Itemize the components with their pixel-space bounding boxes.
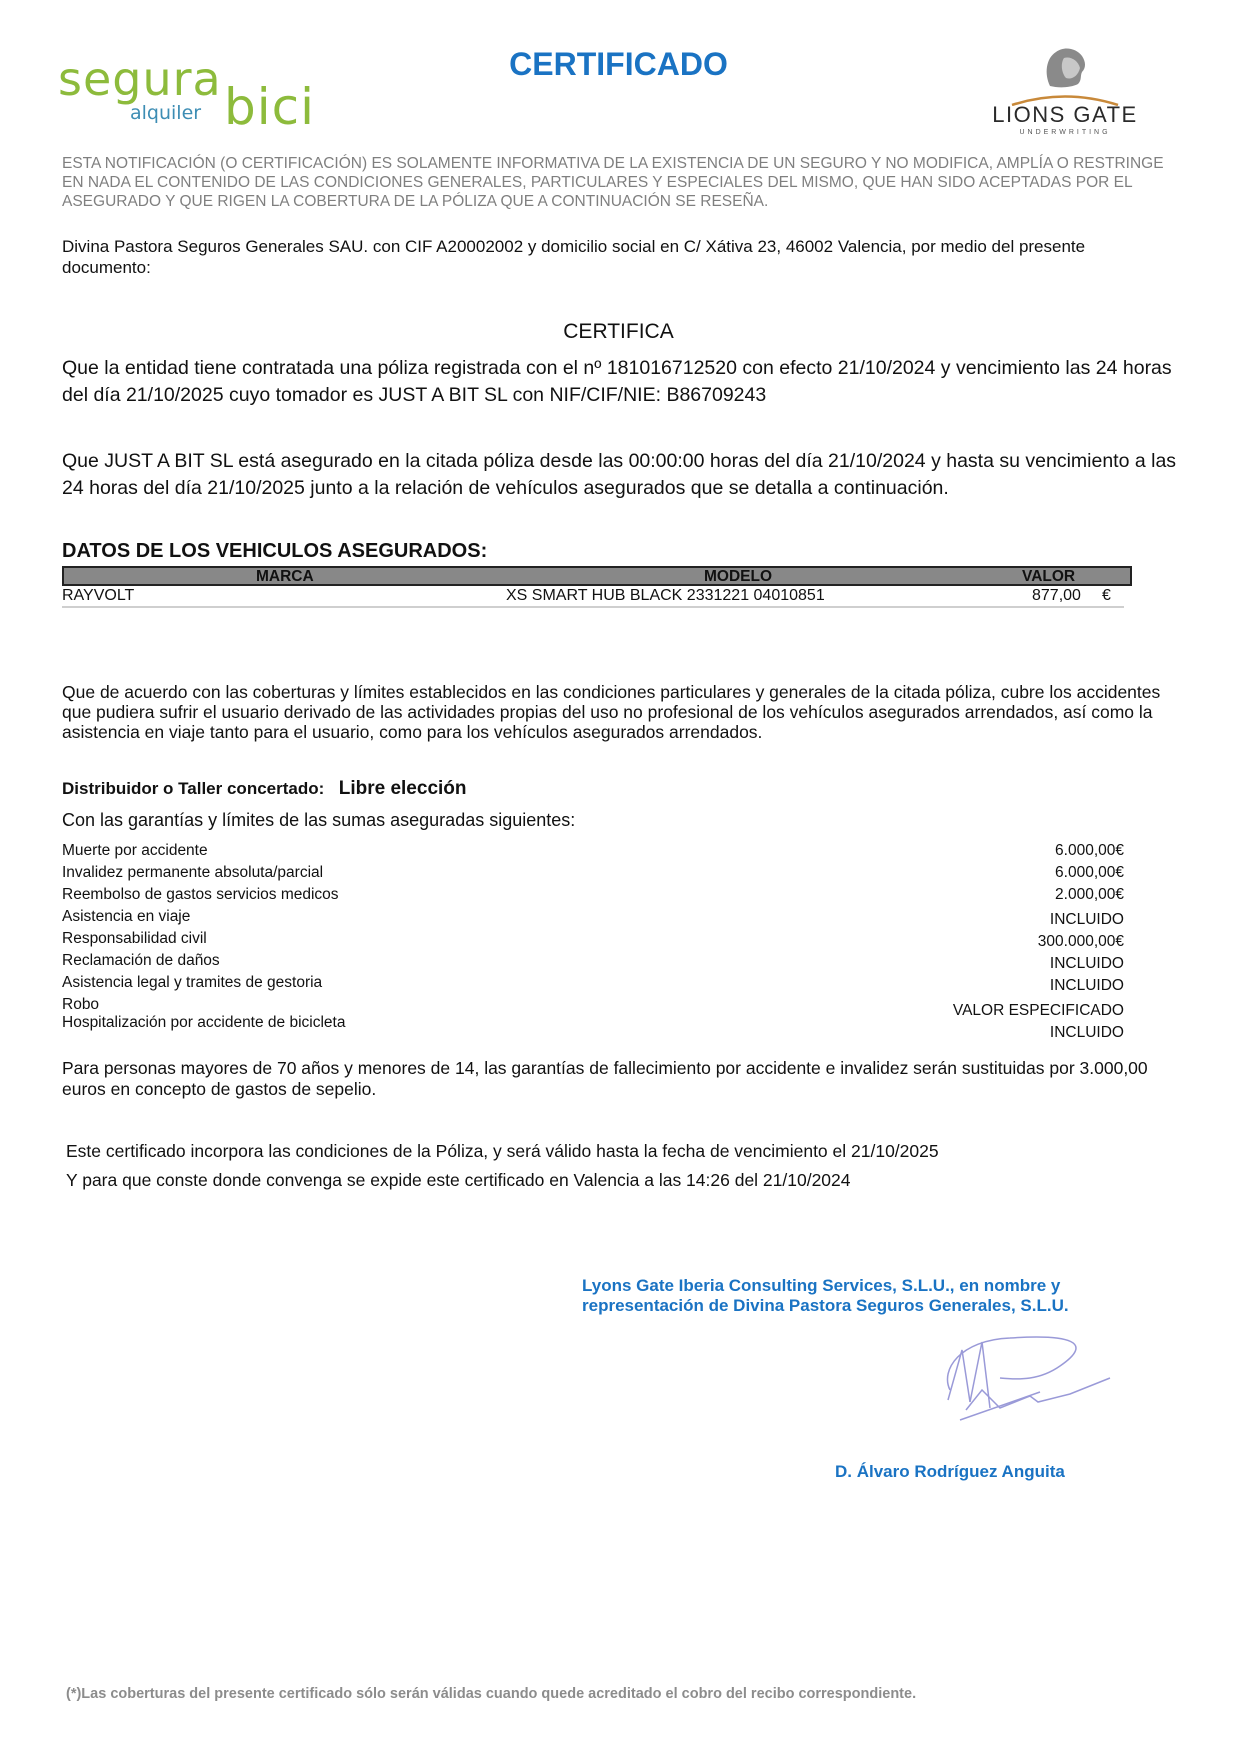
cell-marca: RAYVOLT xyxy=(62,587,134,605)
coverages-list: Muerte por accidente6.000,00€ Invalidez … xyxy=(62,842,1124,1040)
policy-paragraph: Que la entidad tiene contratada una póli… xyxy=(62,355,1182,409)
issued-text: Y para que conste donde convenga se expi… xyxy=(66,1170,851,1191)
list-item: Invalidez permanente absoluta/parcial6.0… xyxy=(62,864,1124,886)
coverage-name: Asistencia legal y tramites de gestoria xyxy=(62,974,322,992)
distributor-label: Distribuidor o Taller concertado: xyxy=(62,779,324,798)
distributor-line: Distribuidor o Taller concertado: Libre … xyxy=(62,778,467,800)
logo-word-alquiler: alquiler xyxy=(130,102,201,124)
lions-gate-logo: LIONS GATE UNDERWRITING xyxy=(970,40,1160,140)
list-item: Asistencia legal y tramites de gestoriaI… xyxy=(62,974,1124,996)
coverage-name: Invalidez permanente absoluta/parcial xyxy=(62,864,323,882)
age-note-paragraph: Para personas mayores de 70 años y menor… xyxy=(62,1058,1182,1100)
vehicles-table: MARCA MODELO VALOR RAYVOLT XS SMART HUB … xyxy=(62,566,1132,608)
coverage-name: Hospitalización por accidente de bicicle… xyxy=(62,1014,345,1032)
coverage-value: INCLUIDO xyxy=(1050,977,1124,995)
list-item: Reclamación de dañosINCLUIDO xyxy=(62,952,1124,974)
cell-currency: € xyxy=(1102,587,1111,605)
signer-name: D. Álvaro Rodríguez Anguita xyxy=(835,1462,1065,1482)
vehicles-table-header: MARCA MODELO VALOR xyxy=(62,566,1132,586)
coverage-name: Reclamación de daños xyxy=(62,952,220,970)
lions-gate-subtitle: UNDERWRITING xyxy=(970,129,1160,136)
column-header-marca: MARCA xyxy=(256,568,314,585)
lion-head-icon xyxy=(1042,46,1088,88)
coverage-value: INCLUIDO xyxy=(1050,955,1124,973)
signing-company: Lyons Gate Iberia Consulting Services, S… xyxy=(582,1276,1142,1316)
coverage-name: Reembolso de gastos servicios medicos xyxy=(62,886,339,904)
list-item: Responsabilidad civil300.000,00€ xyxy=(62,930,1124,952)
list-item: Reembolso de gastos servicios medicos2.0… xyxy=(62,886,1124,908)
certifica-heading: CERTIFICA xyxy=(0,320,1237,344)
cell-valor: 877,00 xyxy=(1032,587,1081,605)
coverage-name: Robo xyxy=(62,996,99,1014)
list-item: Asistencia en viajeINCLUIDO xyxy=(62,908,1124,930)
intro-text: Divina Pastora Seguros Generales SAU. co… xyxy=(62,236,1172,278)
handwritten-signature-icon xyxy=(920,1330,1120,1430)
coverage-value: 300.000,00€ xyxy=(1038,933,1124,951)
vehicles-heading: DATOS DE LOS VEHICULOS ASEGURADOS: xyxy=(62,540,487,563)
column-header-modelo: MODELO xyxy=(704,568,772,585)
disclaimer-text: ESTA NOTIFICACIÓN (O CERTIFICACIÓN) ES S… xyxy=(62,154,1172,211)
coverage-name: Asistencia en viaje xyxy=(62,908,190,926)
cell-modelo: XS SMART HUB BLACK 2331221 04010851 xyxy=(506,587,825,605)
coverage-value: 2.000,00€ xyxy=(1055,886,1124,904)
coverage-name: Muerte por accidente xyxy=(62,842,208,860)
validity-text: Este certificado incorpora las condicion… xyxy=(66,1141,939,1162)
coverage-paragraph: Que de acuerdo con las coberturas y lími… xyxy=(62,682,1182,742)
table-row: RAYVOLT XS SMART HUB BLACK 2331221 04010… xyxy=(62,586,1124,608)
coverage-value: INCLUIDO xyxy=(1050,1024,1124,1042)
insured-paragraph: Que JUST A BIT SL está asegurado en la c… xyxy=(62,448,1182,502)
coverage-value: INCLUIDO xyxy=(1050,911,1124,929)
coverage-value: 6.000,00€ xyxy=(1055,842,1124,860)
logo-word-bici: bici xyxy=(224,78,315,136)
coverage-value: 6.000,00€ xyxy=(1055,864,1124,882)
distributor-value: Libre elección xyxy=(339,778,467,799)
list-item: Hospitalización por accidente de bicicle… xyxy=(62,1018,1124,1040)
coverage-name: Responsabilidad civil xyxy=(62,930,207,948)
lions-gate-name: LIONS GATE xyxy=(970,102,1160,128)
column-header-valor: VALOR xyxy=(1022,568,1075,585)
guarantees-intro: Con las garantías y límites de las sumas… xyxy=(62,810,575,831)
footnote: (*)Las coberturas del presente certifica… xyxy=(66,1686,916,1702)
list-item: Muerte por accidente6.000,00€ xyxy=(62,842,1124,864)
